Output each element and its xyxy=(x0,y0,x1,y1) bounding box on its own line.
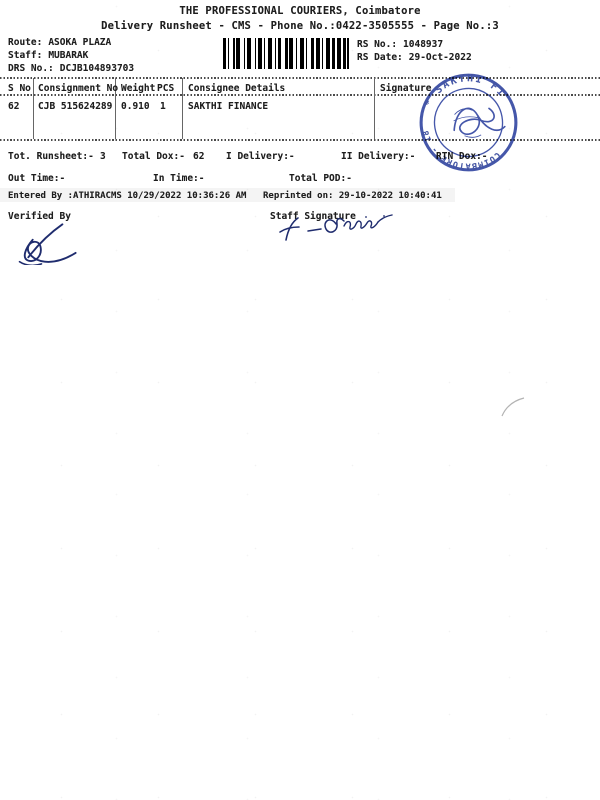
cell-sno: 62 xyxy=(8,101,19,112)
staff-label: Staff: xyxy=(8,50,42,61)
cell-consignee: SAKTHI FINANCE xyxy=(188,101,268,112)
rs-date-value: 29-Oct-2022 xyxy=(409,52,472,63)
runsheet-page: THE PROFESSIONAL COURIERS, Coimbatore De… xyxy=(0,0,600,800)
staff-signature-icon xyxy=(276,213,401,255)
rs-date-line: RS Date: 29-Oct-2022 xyxy=(357,52,472,63)
col-header-consignment: Consignment No xyxy=(38,83,118,94)
drs-barcode xyxy=(223,38,349,69)
out-time-label: Out Time:- xyxy=(8,173,65,184)
col-header-consignee: Consignee Details xyxy=(188,83,285,94)
rs-no-line: RS No.: 1048937 xyxy=(357,39,443,50)
staff-line: Staff: MUBARAK xyxy=(8,50,88,61)
scan-artifact-mark xyxy=(500,396,526,422)
column-divider-3 xyxy=(182,78,183,139)
drs-label: DRS No.: xyxy=(8,63,54,74)
in-time-label: In Time:- xyxy=(153,173,204,184)
entered-by-text: Entered By :ATHIRACMS 10/29/2022 10:36:2… xyxy=(8,191,246,201)
document-title: THE PROFESSIONAL COURIERS, Coimbatore xyxy=(0,5,600,17)
cell-pcs: 1 xyxy=(160,101,166,112)
column-divider-1 xyxy=(33,78,34,139)
drs-value: DCJB104893703 xyxy=(60,63,134,74)
svg-text:* SAKTHI FI: * SAKTHI FI xyxy=(419,66,509,113)
col-header-weight: Weight xyxy=(121,83,155,94)
sakthi-finance-round-stamp-icon: * SAKTHI FI COIMBATORE - 18 xyxy=(409,63,528,182)
rs-date-label: RS Date: xyxy=(357,52,403,63)
ii-delivery-label: II Delivery:- xyxy=(341,151,415,162)
cell-weight: 0.910 xyxy=(121,101,150,112)
document-subtitle: Delivery Runsheet - CMS - Phone No.:0422… xyxy=(0,20,600,32)
total-dox-value: 62 xyxy=(193,151,204,162)
i-delivery-label: I Delivery:- xyxy=(226,151,295,162)
total-runsheet-label: Tot. Runsheet:- xyxy=(8,151,94,162)
col-header-pcs: PCS xyxy=(157,83,174,94)
stamp-ring-top-text: * SAKTHI FI xyxy=(419,66,509,113)
drs-line: DRS No.: DCJB104893703 xyxy=(8,63,134,74)
total-runsheet-value: 3 xyxy=(100,151,106,162)
total-dox-label: Total Dox:- xyxy=(122,151,185,162)
cell-consignment-no: CJB 515624289 xyxy=(38,101,112,112)
route-label: Route: xyxy=(8,37,42,48)
rs-no-label: RS No.: xyxy=(357,39,397,50)
verified-by-signature-icon xyxy=(14,221,80,269)
total-pod-label: Total POD:- xyxy=(289,173,352,184)
route-line: Route: ASOKA PLAZA xyxy=(8,37,111,48)
rs-no-value: 1048937 xyxy=(403,39,443,50)
col-header-sno: S No xyxy=(8,83,31,94)
reprinted-on-text: Reprinted on: 29-10-2022 10:40:41 xyxy=(263,191,442,201)
staff-value: MUBARAK xyxy=(48,50,88,61)
column-divider-4 xyxy=(374,78,375,139)
route-value: ASOKA PLAZA xyxy=(48,37,111,48)
